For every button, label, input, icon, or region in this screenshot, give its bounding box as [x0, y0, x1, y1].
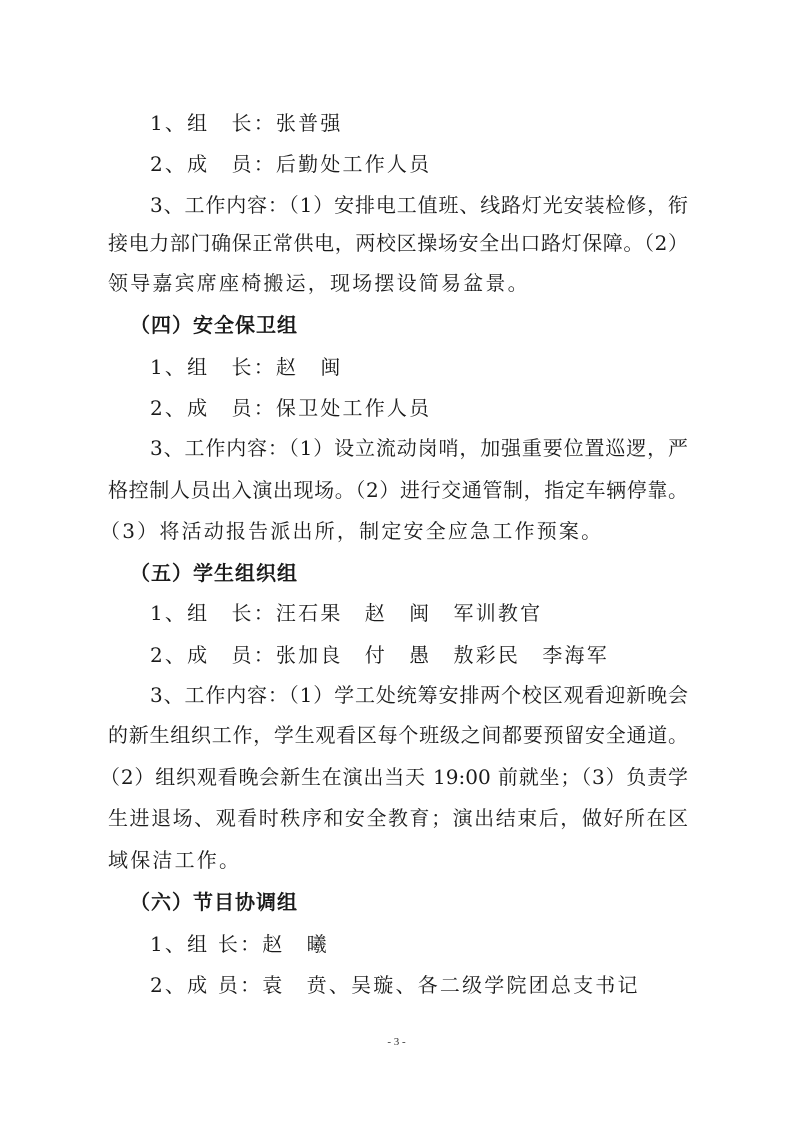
group-members-line: 2、成 员：保卫处工作人员 [150, 396, 730, 420]
paragraph-continuation: （2）组织观看晚会新生在演出当天 19:00 前就坐；（3）负责学 [100, 765, 688, 789]
section-heading-security: （四）安全保卫组 [130, 313, 710, 337]
group-leader-line: 1、组 长：张普强 [150, 111, 730, 135]
work-content-line: 3、工作内容：（1）安排电工值班、线路灯光安装检修，衔 [150, 193, 688, 217]
section-heading-student-organization: （五）学生组织组 [130, 561, 710, 585]
paragraph-continuation: 的新生组织工作，学生观看区每个班级之间都要预留安全通道。 [108, 723, 688, 747]
section-heading-program-coordination: （六）节目协调组 [130, 890, 710, 914]
group-leader-line: 1、组 长：赵 闽 [150, 355, 730, 379]
paragraph-continuation: 领导嘉宾席座椅搬运，现场摆设简易盆景。 [108, 271, 688, 295]
paragraph-continuation: （3）将活动报告派出所，制定安全应急工作预案。 [100, 519, 680, 543]
group-members-line: 2、成 员：后勤处工作人员 [150, 152, 730, 176]
page-number: - 3 - [0, 1036, 793, 1048]
paragraph-continuation: 接电力部门确保正常供电，两校区操场安全出口路灯保障。（2） [108, 231, 688, 255]
group-members-line: 2、成 员：袁 贲、吴璇、各二级学院团总支书记 [150, 973, 730, 997]
group-leader-line: 1、组 长：汪石果 赵 闽 军训教官 [150, 601, 730, 625]
group-leader-line: 1、组 长：赵 曦 [150, 932, 730, 956]
paragraph-continuation: 生进退场、观看时秩序和安全教育；演出结束后，做好所在区 [108, 806, 688, 830]
paragraph-continuation: 格控制人员出入演出现场。（2）进行交通管制，指定车辆停靠。 [108, 478, 688, 502]
paragraph-continuation: 域保洁工作。 [108, 848, 688, 872]
work-content-line: 3、工作内容：（1）学工处统筹安排两个校区观看迎新晚会 [150, 683, 688, 707]
document-page: 1、组 长：张普强 2、成 员：后勤处工作人员 3、工作内容：（1）安排电工值班… [0, 0, 793, 1122]
group-members-line: 2、成 员：张加良 付 愚 敖彩民 李海军 [150, 643, 730, 667]
work-content-line: 3、工作内容：（1）设立流动岗哨，加强重要位置巡逻，严 [150, 436, 688, 460]
